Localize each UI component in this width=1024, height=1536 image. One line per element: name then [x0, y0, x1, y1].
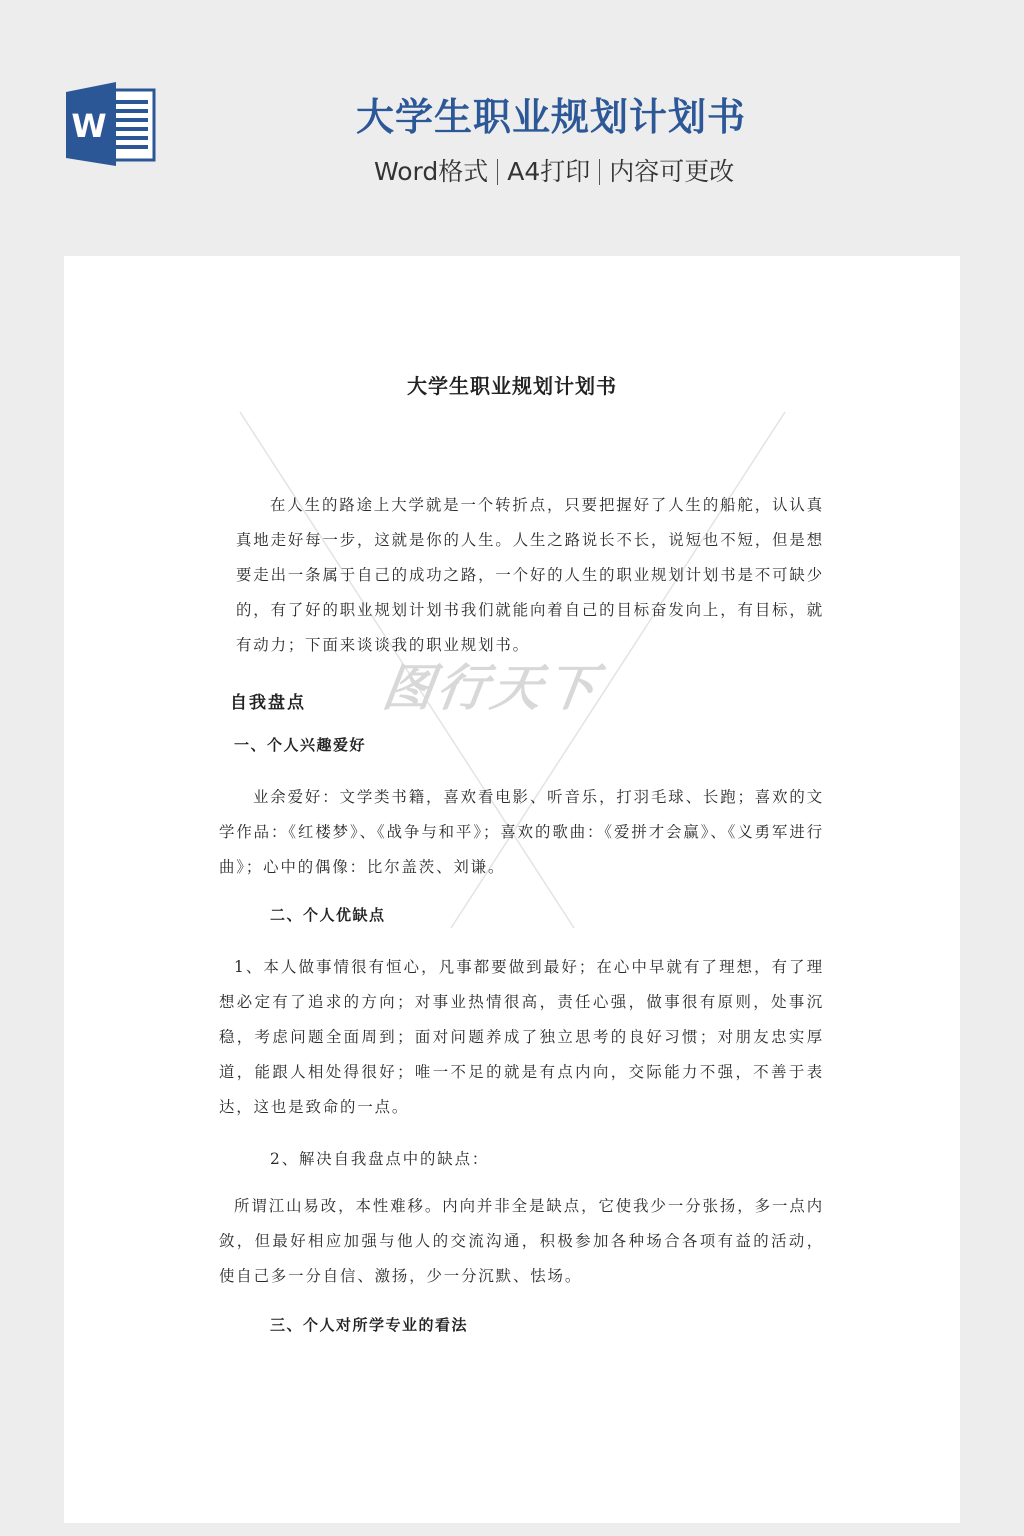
- subtitle-print: A4打印: [507, 157, 590, 186]
- solve-weakness-paragraph: 所谓江山易改，本性难移。内向并非全是缺点，它使我少一分张扬，多一点内敛，但最好相…: [219, 1189, 824, 1294]
- separator: [599, 159, 600, 185]
- separator: [497, 159, 498, 185]
- intro-paragraph: 在人生的路途上大学就是一个转折点，只要把握好了人生的船舵，认认真真地走好每一步，…: [236, 488, 824, 663]
- banner-subtitle: Word格式A4打印内容可更改: [374, 154, 734, 190]
- watermark-lines: [64, 256, 960, 1523]
- document-page: 图行天下 大学生职业规划计划书 在人生的路途上大学就是一个转折点，只要把握好了人…: [64, 256, 960, 1523]
- word-icon: W: [64, 82, 158, 166]
- banner-title: 大学生职业规划计划书: [356, 92, 776, 142]
- subsection-heading-hobbies: 一、个人兴趣爱好: [234, 734, 366, 755]
- subsection-heading-major: 三、个人对所学专业的看法: [270, 1314, 468, 1335]
- subsection-heading-strengths: 二、个人优缺点: [270, 904, 386, 925]
- solve-weakness-label: 2、解决自我盘点中的缺点：: [270, 1142, 830, 1177]
- document-title: 大学生职业规划计划书: [64, 370, 960, 399]
- hobbies-paragraph: 业余爱好：文学类书籍，喜欢看电影、听音乐，打羽毛球、长跑；喜欢的文学作品：《红楼…: [219, 780, 824, 885]
- svg-text:W: W: [71, 107, 106, 145]
- subtitle-format: Word格式: [374, 157, 488, 186]
- section-heading: 自我盘点: [230, 688, 306, 713]
- strengths-paragraph: 1、本人做事情很有恒心，凡事都要做到最好；在心中早就有了理想，有了理想必定有了追…: [219, 950, 824, 1125]
- subtitle-editable: 内容可更改: [609, 157, 734, 186]
